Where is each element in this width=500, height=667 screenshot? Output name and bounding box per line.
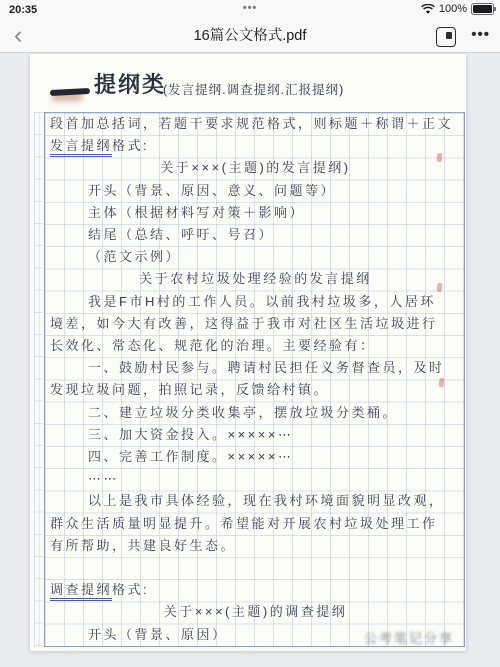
nav-bar: ‹ 16篇公文格式.pdf ••• (0, 20, 500, 52)
doc-line: 发现垃圾问题，拍照记录，反馈给村镇。 (50, 379, 461, 401)
doc-line: 三、加大资金投入。×××××⋯ (50, 424, 461, 446)
doc-line: 群众生活质量明显提升。希望能对开展农村垃圾处理工作 (50, 513, 461, 535)
doc-line: 二、建立垃圾分类收集亭，摆放垃圾分类桶。 (50, 402, 461, 424)
doc-line: 主体（根据材料写对策＋影响） (50, 202, 461, 224)
doc-line: 一、鼓励村民参与。聘请村民担任义务督查员，及时 (50, 357, 461, 379)
battery-icon (471, 3, 494, 15)
app-chrome: 20:35 ••• 100% ‹ 16篇公文格式.pdf ••• (0, 0, 500, 53)
pdf-page: 提纲类 (发言提纲.调查提纲.汇报提纲) 段首加总括词，若题干要求规范格式，则标… (30, 54, 466, 651)
doc-line: 段首加总括词，若题干要求规范格式，则标题＋称谓＋正文 (50, 113, 461, 135)
pdf-viewport[interactable]: 提纲类 (发言提纲.调查提纲.汇报提纲) 段首加总括词，若题干要求规范格式，则标… (0, 52, 500, 667)
doc-line: 境差，如今大有改善，这得益于我市对社区生活垃圾进行 (50, 313, 461, 335)
watermark: 公考笔记分享 (364, 628, 454, 647)
doc-line: 我是F市H村的工作人员。以前我村垃圾多，人居环 (50, 291, 461, 313)
wifi-icon (421, 4, 435, 15)
doc-line (50, 557, 461, 579)
doc-line: 关于农村垃圾处理经验的发言提纲 (50, 268, 461, 290)
doc-line: ⋯⋯ (50, 468, 461, 490)
page-thumbnail-view-icon (446, 32, 452, 40)
doc-line: 关于×××(主题)的发言提纲) (50, 157, 461, 179)
section-heading: 提纲类 (发言提纲.调查提纲.汇报提纲) (30, 60, 466, 112)
grid-paper: 段首加总括词，若题干要求规范格式，则标题＋称谓＋正文 发言提纲格式: 关于×××… (44, 112, 465, 647)
doc-line: 四、完善工作制度。×××××⋯ (50, 446, 461, 468)
paper-margin-grid (34, 112, 43, 647)
status-bar: 20:35 ••• 100% (0, 0, 500, 20)
multitask-indicator-icon: ••• (243, 2, 258, 14)
doc-line: 开头（背景、原因、意义、问题等） (50, 180, 461, 202)
doc-line: 结尾（总结、呼吁、号召） (50, 224, 461, 246)
doc-line: 以上是我市具体经验，现在我村环境面貌明显改观， (50, 490, 461, 512)
doc-line: 关于×××(主题)的调查提纲 (50, 601, 461, 623)
doc-line: 有所帮助，共建良好生态。 (50, 535, 461, 557)
doc-line: 调查提纲格式: (50, 579, 461, 601)
more-options-button[interactable]: ••• (471, 20, 490, 52)
page-thumbnail-view-button[interactable] (436, 27, 456, 47)
doc-line: （范文示例） (50, 246, 461, 268)
doc-line: 发言提纲格式: (50, 135, 461, 157)
doc-line: 长效化、常态化、规范化的治理。主要经验有： (50, 335, 461, 357)
number-one-stroke (50, 88, 90, 96)
heading-subtitle: (发言提纲.调查提纲.汇报提纲) (163, 80, 344, 98)
battery-percent: 100% (439, 3, 467, 15)
document-title: 16篇公文格式.pdf (0, 20, 500, 52)
clock: 20:35 (9, 4, 37, 16)
heading-title: 提纲类 (94, 68, 166, 99)
